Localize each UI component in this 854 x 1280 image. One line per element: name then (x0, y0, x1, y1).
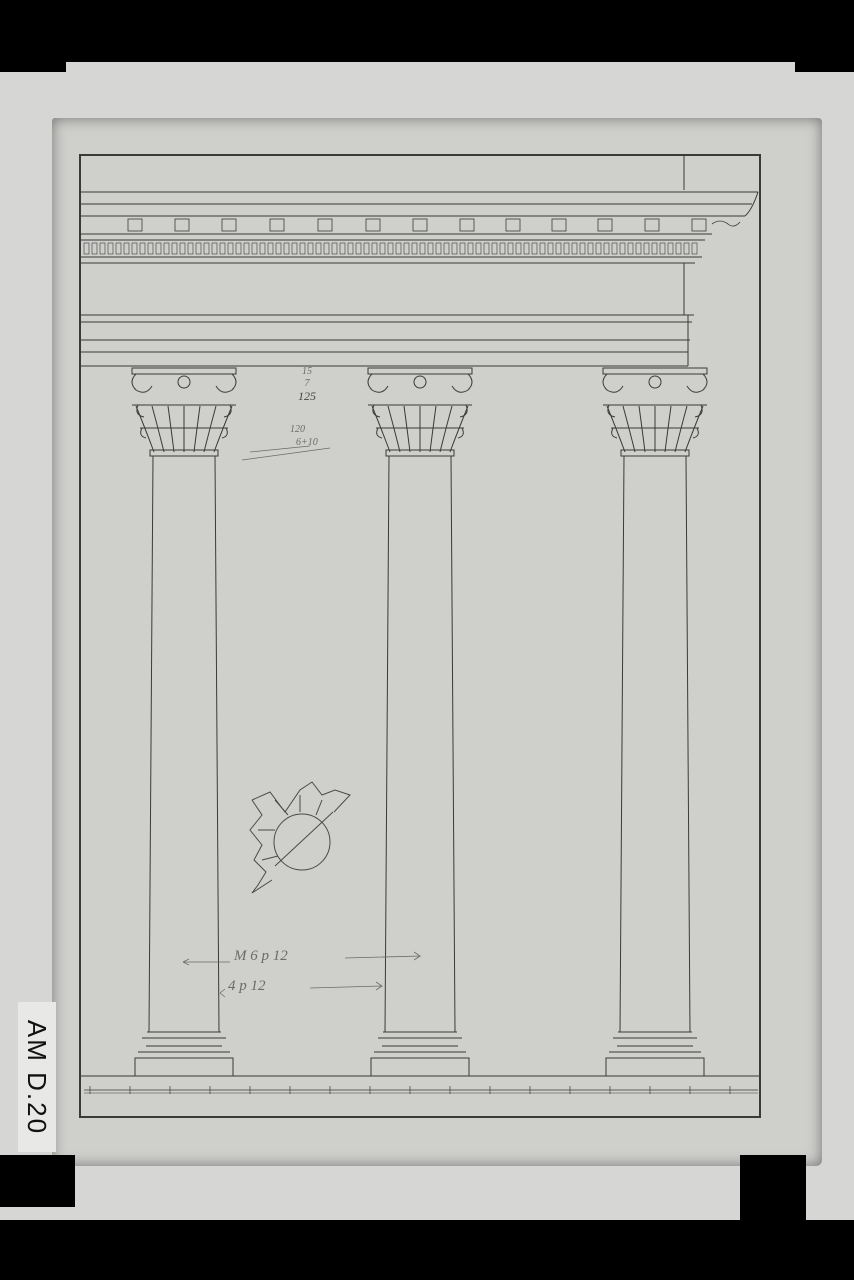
clip-top-right (795, 62, 854, 72)
calc-annotation-mid: 120 (290, 424, 305, 435)
clip-bottom-left (0, 1155, 75, 1207)
calc-annotation-top: 15 7 125 (298, 366, 316, 402)
clip-top-left (0, 62, 66, 72)
calc-line-1: 15 (298, 366, 316, 378)
archive-label-text: AM D.20 (22, 1019, 53, 1134)
architectural-drawing (0, 0, 854, 1280)
capital-plan-sketch (250, 782, 350, 893)
dimension-label-2: 4 p 12 (228, 978, 266, 995)
clip-bottom-right (740, 1155, 806, 1220)
calc-line-3: 125 (298, 390, 316, 402)
cornice (80, 192, 758, 263)
dimension-label-1: M 6 p 12 (234, 948, 288, 965)
column (368, 368, 472, 1076)
archive-label: AM D.20 (18, 1002, 56, 1152)
column (132, 368, 236, 1076)
architrave (80, 263, 694, 366)
calc-annotation-bottom: 6+10 (296, 437, 318, 448)
column (603, 368, 707, 1076)
border-frame (80, 155, 760, 1117)
